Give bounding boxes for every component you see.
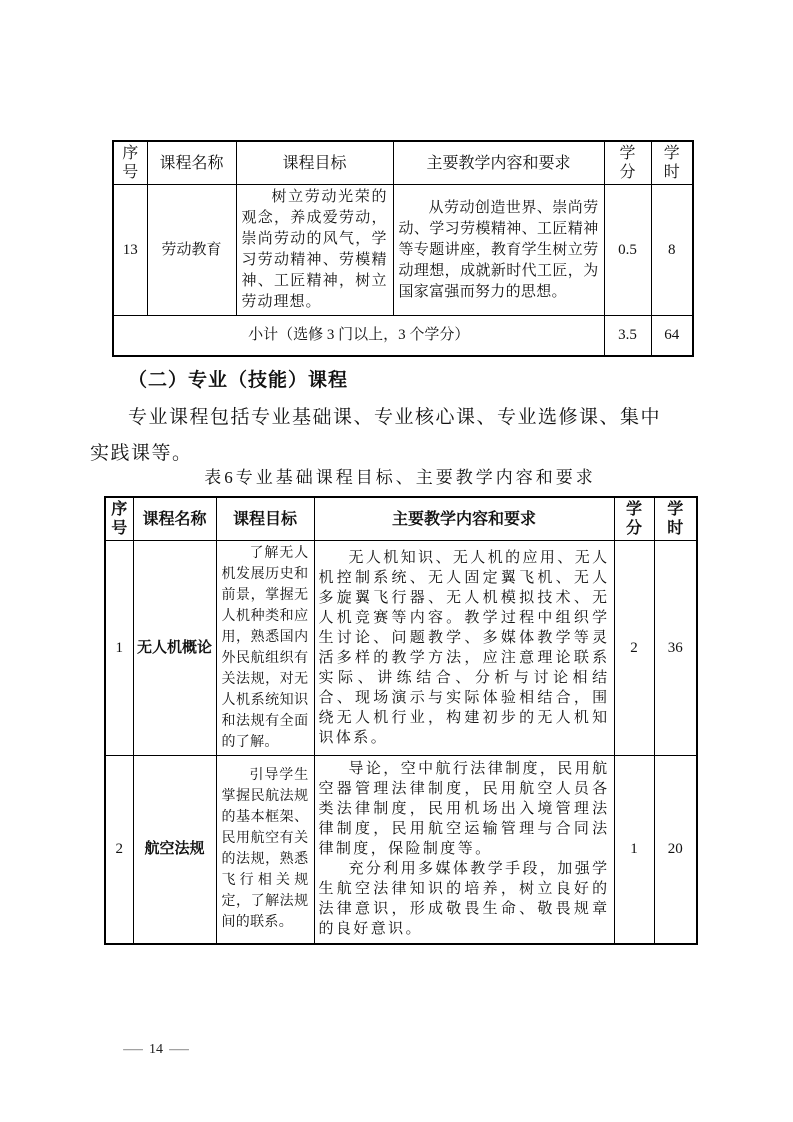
- cell-subtotal-label: 小计（选修 3 门以上，3 个学分）: [113, 316, 604, 356]
- cell-course-content: 导论，空中航行法律制度，民用航空器管理法律制度，民用航空人员各类法律制度，民用机…: [314, 756, 614, 944]
- cell-subtotal-hours: 64: [651, 316, 693, 356]
- cell-course-credit: 2: [614, 541, 654, 756]
- col-header-goal: 课程目标: [216, 497, 314, 541]
- cell-subtotal-credit: 3.5: [604, 316, 651, 356]
- page-footer: — 14 —: [126, 1042, 186, 1058]
- content-paragraph-2: 充分利用多媒体教学手段，加强学生航空法律知识的培养，树立良好的法律意识，形成敬畏…: [319, 859, 610, 939]
- content-paragraph-1: 导论，空中航行法律制度，民用航空器管理法律制度，民用航空人员各类法律制度，民用机…: [319, 759, 610, 859]
- footer-dash-right: —: [169, 1042, 189, 1058]
- course-row-uav-introduction: 1 无人机概论 了解无人机发展历史和前景，掌握无人机种类和应用，熟悉国内外民航组…: [105, 541, 697, 756]
- cell-course-name: 无人机概论: [133, 541, 216, 756]
- cell-course-credit: 1: [614, 756, 654, 944]
- course-row-labor-education: 13 劳动教育 树立劳动光荣的观念，养成爱劳动，崇尚劳动的风气，学习劳动精神、劳…: [113, 185, 693, 316]
- cell-course-goal: 引导学生掌握民航法规的基本框架、民用航空有关的法规，熟悉飞行相关规定，了解法规间…: [216, 756, 314, 944]
- cell-course-hours: 36: [654, 541, 697, 756]
- section-paragraph: 专业课程包括专业基础课、专业核心课、专业选修课、集中实践课等。: [90, 400, 668, 472]
- professional-basic-courses-table: 序 号 课程名称 课程目标 主要教学内容和要求 学 分 学 时 1 无人机概论 …: [104, 496, 698, 945]
- col-header-hours: 学 时: [651, 141, 693, 185]
- col-header-content: 主要教学内容和要求: [314, 497, 614, 541]
- document-page: 序 号 课程名称 课程目标 主要教学内容和要求 学 分 学 时 13 劳动教育 …: [0, 0, 793, 1122]
- col-header-content: 主要教学内容和要求: [393, 141, 604, 185]
- cell-course-hours: 20: [654, 756, 697, 944]
- cell-course-goal: 了解无人机发展历史和前景，掌握无人机种类和应用，熟悉国内外民航组织有关法规，对无…: [216, 541, 314, 756]
- table1-header-row: 序 号 课程名称 课程目标 主要教学内容和要求 学 分 学 时: [113, 141, 693, 185]
- col-header-credit: 学 分: [614, 497, 654, 541]
- page-number: 14: [149, 1042, 163, 1058]
- cell-course-no: 1: [105, 541, 133, 756]
- cell-course-no: 13: [113, 185, 147, 316]
- col-header-course-name: 课程名称: [133, 497, 216, 541]
- col-header-goal: 课程目标: [236, 141, 393, 185]
- cell-course-goal: 树立劳动光荣的观念，养成爱劳动，崇尚劳动的风气，学习劳动精神、劳模精神、工匠精神…: [236, 185, 393, 316]
- table2-header-row: 序 号 课程名称 课程目标 主要教学内容和要求 学 分 学 时: [105, 497, 697, 541]
- cell-course-name: 劳动教育: [147, 185, 236, 316]
- elective-courses-table: 序 号 课程名称 课程目标 主要教学内容和要求 学 分 学 时 13 劳动教育 …: [112, 140, 694, 357]
- cell-course-content: 从劳动创造世界、崇尚劳动、学习劳模精神、工匠精神等专题讲座，教育学生树立劳动理想…: [393, 185, 604, 316]
- section-heading: （二）专业（技能）课程: [90, 366, 700, 396]
- col-header-course-name: 课程名称: [147, 141, 236, 185]
- footer-dash-left: —: [123, 1042, 143, 1058]
- cell-course-credit: 0.5: [604, 185, 651, 316]
- col-header-credit: 学 分: [604, 141, 651, 185]
- course-row-aviation-regulations: 2 航空法规 引导学生掌握民航法规的基本框架、民用航空有关的法规，熟悉飞行相关规…: [105, 756, 697, 944]
- col-header-no: 序 号: [113, 141, 147, 185]
- col-header-no: 序 号: [105, 497, 133, 541]
- cell-course-hours: 8: [651, 185, 693, 316]
- subtotal-row: 小计（选修 3 门以上，3 个学分） 3.5 64: [113, 316, 693, 356]
- cell-course-content: 无人机知识、无人机的应用、无人机控制系统、无人固定翼飞机、无人多旋翼飞行器、无人…: [314, 541, 614, 756]
- col-header-hours: 学 时: [654, 497, 697, 541]
- cell-course-no: 2: [105, 756, 133, 944]
- cell-course-name: 航空法规: [133, 756, 216, 944]
- table6-caption: 表6专业基础课程目标、主要教学内容和要求: [104, 464, 696, 492]
